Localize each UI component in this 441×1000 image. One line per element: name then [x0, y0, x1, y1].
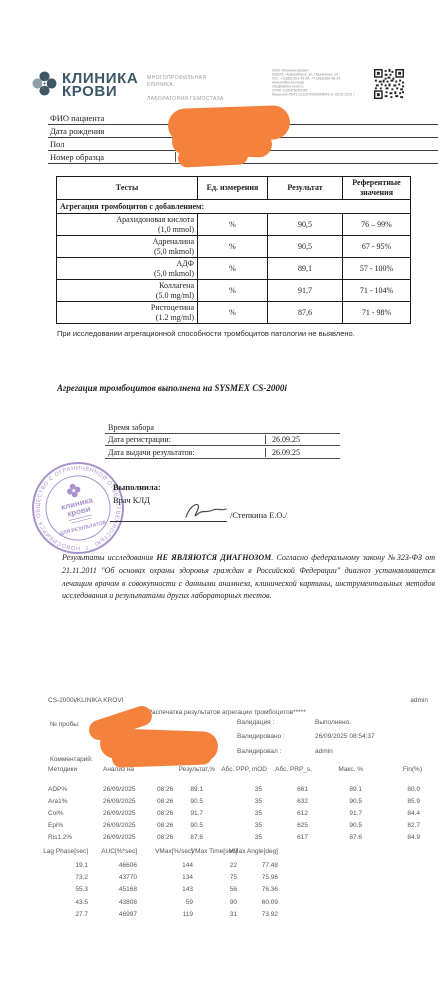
kinetics-row: 19.1466061442277.48	[58, 862, 278, 874]
test-unit: %	[198, 258, 268, 280]
test-result: 91,7	[268, 280, 343, 302]
sample-number-label: № пробы:	[50, 721, 80, 728]
comment-label: Комментарий:	[50, 756, 93, 763]
test-reference: 57 - 100%	[343, 258, 411, 280]
conclusion-note: При исследовании агрегационной способнос…	[57, 329, 427, 338]
test-row: Коллагена(5.0 mg/ml) % 91,7 71 - 104%	[57, 280, 411, 302]
col-max-pct: Макс. %	[338, 766, 363, 773]
method-row: Ris1.2%26/09/202508:2687.63561787.684.9	[48, 834, 422, 846]
validation-value: 26/09/2025 08:54:37	[315, 733, 375, 747]
kinetics-row: 43.543808599060.09	[58, 899, 278, 911]
col-vmax: VMax[%/sec]	[155, 848, 193, 855]
test-row: Адреналина(5,0 mkmol) % 90,5 67 - 95%	[57, 236, 411, 258]
col-fin-pct: Fin(%)	[403, 766, 422, 773]
date-row-registration: Дата регистрации: 26.09.25	[105, 434, 340, 447]
performed-on-analyzer: Агрегация тромбоцитов выполнена на SYSME…	[57, 383, 287, 393]
test-reference: 67 - 95%	[343, 236, 411, 258]
field-label: Номер образца	[48, 152, 175, 162]
tests-header-row: Тесты Ед. измерения Результат Референтны…	[57, 177, 411, 200]
test-name: Коллагена(5.0 mg/ml)	[57, 280, 198, 302]
test-name: Ристоцетина(1.2 mg/ml)	[57, 302, 198, 324]
test-row: Ристоцетина(1.2 mg/ml) % 87,6 71 - 98%	[57, 302, 411, 324]
performed-by-label: Выполнила:	[113, 482, 161, 492]
method-row: Ara1%26/09/202508:2690.53563290.585.9	[48, 798, 422, 810]
kinetics-row: 27.7469971193173.92	[58, 911, 278, 923]
test-result: 90,5	[268, 214, 343, 236]
company-contact-info: ООО «Клиника Крови» 630078, Новосибирск,…	[272, 69, 372, 103]
printout-device-id: CS-2000i/KLINIKA KROVI	[48, 697, 124, 704]
test-name: АДФ(5,0 mkmol)	[57, 258, 198, 280]
clinic-logo-icon	[32, 71, 57, 96]
method-row: ADP%26/09/202508:2689.13566189.180.0	[48, 786, 422, 798]
printout-title: *****Распечатка результатов агрегации тр…	[0, 709, 441, 716]
test-reference: 76 – 99%	[343, 214, 411, 236]
method-row: Epi%26/09/202508:2690.53562590.582.7	[48, 822, 422, 834]
col-header-unit: Ед. измерения	[198, 177, 268, 200]
col-header-result: Результат	[268, 177, 343, 200]
col-lag-phase: Lag Phase[sec]	[43, 848, 88, 855]
test-unit: %	[198, 214, 268, 236]
col-abs-prp: Абс. PRP_s,	[275, 766, 312, 773]
col-header-reference: Референтные значения	[343, 177, 411, 200]
validation-label: Валидация :	[237, 719, 315, 733]
col-auc: AUC[%*sec]	[101, 848, 137, 855]
clinic-brand-name: КЛИНИКА КРОВИ	[62, 72, 138, 98]
date-row-issue: Дата выдачи результатов: 26.09.25	[105, 446, 340, 459]
validation-row: Валидировано : 26/09/2025 08:54:37	[237, 733, 432, 747]
col-vmax-angle: VMax Angle[deg]	[229, 848, 278, 855]
methods-table: Методики Анализ на Результат,% Абс. PPP,…	[48, 766, 422, 846]
date-value: 26.09.25	[265, 448, 340, 457]
test-result: 90,5	[268, 236, 343, 258]
clinic-tagline: МНОГОПРОФИЛЬНАЯ КЛИНИКА ЛАБОРАТОРИЯ ГЕМО…	[147, 75, 224, 103]
kinetics-table-header: Lag Phase[sec] AUC[%*sec] VMax[%/sec] VM…	[58, 848, 278, 860]
test-unit: %	[198, 236, 268, 258]
test-unit: %	[198, 280, 268, 302]
field-label: Пол	[48, 139, 175, 149]
validation-value: Выполнено.	[315, 719, 351, 733]
printout-user: admin	[410, 697, 428, 704]
date-label: Дата выдачи результатов:	[105, 448, 265, 457]
test-result: 89,1	[268, 258, 343, 280]
disclaimer-bold: НЕ ЯВЛЯЮТСЯ ДИАГНОЗОМ	[156, 553, 271, 562]
test-result: 87,6	[268, 302, 343, 324]
test-name: Арахидоновая кислота(1,0 mmol)	[57, 214, 198, 236]
handwritten-signature	[182, 500, 228, 522]
validation-block: Валидация : Выполнено. Валидировано : 26…	[237, 719, 432, 762]
kinetics-table: Lag Phase[sec] AUC[%*sec] VMax[%/sec] VM…	[58, 848, 278, 923]
date-label: Время забора	[105, 423, 265, 432]
col-header-tests: Тесты	[57, 177, 198, 200]
date-row-collection: Время забора	[105, 421, 340, 434]
disclaimer-paragraph: Результаты исследования НЕ ЯВЛЯЮТСЯ ДИАГ…	[62, 552, 435, 603]
col-abs-ppp: Абс. PPP, mOD	[221, 766, 267, 773]
test-unit: %	[198, 302, 268, 324]
date-label: Дата регистрации:	[105, 435, 265, 444]
validation-value: admin	[315, 748, 333, 762]
doctor-name: /Степкина Е.О./	[230, 510, 287, 520]
test-row: АДФ(5,0 mkmol) % 89,1 57 - 100%	[57, 258, 411, 280]
validation-label: Валидировал :	[237, 748, 315, 762]
dates-table: Время забора Дата регистрации: 26.09.25 …	[105, 421, 340, 459]
field-label: Дата рождения	[48, 126, 175, 136]
col-methods: Методики	[48, 766, 77, 773]
field-label: ФИО пациента	[48, 113, 175, 123]
section-title: Агрегация тромбоцитов с добавлением:	[57, 200, 411, 214]
kinetics-row: 55.3451681435676.36	[58, 886, 278, 898]
test-name: Адреналина(5,0 mkmol)	[57, 236, 198, 258]
doctor-role: Врач КЛД	[113, 495, 150, 505]
method-row: Col%26/09/202508:2691.73561291.784.4	[48, 810, 422, 822]
kinetics-row: 73.2437701347575.96	[58, 874, 278, 886]
stamp-bottom-text: ДЛЯ РЕЗУЛЬТАТОВ	[59, 520, 107, 537]
test-reference: 71 - 98%	[343, 302, 411, 324]
test-row: Арахидоновая кислота(1,0 mmol) % 90,5 76…	[57, 214, 411, 236]
tests-section-row: Агрегация тромбоцитов с добавлением:	[57, 200, 411, 214]
col-result-pct: Результат,%	[179, 766, 215, 773]
date-value: 26.09.25	[265, 435, 340, 444]
validation-label: Валидировано :	[237, 733, 315, 747]
qr-code	[373, 68, 405, 100]
methods-table-header: Методики Анализ на Результат,% Абс. PPP,…	[48, 766, 422, 778]
tests-table: Тесты Ед. измерения Результат Референтны…	[56, 176, 411, 324]
test-reference: 71 - 104%	[343, 280, 411, 302]
validation-row: Валидировал : admin	[237, 748, 432, 762]
disclaimer-part1: Результаты исследования	[62, 553, 156, 562]
lab-report-page: КЛИНИКА КРОВИ МНОГОПРОФИЛЬНАЯ КЛИНИКА ЛА…	[0, 0, 441, 1000]
validation-row: Валидация : Выполнено.	[237, 719, 432, 733]
